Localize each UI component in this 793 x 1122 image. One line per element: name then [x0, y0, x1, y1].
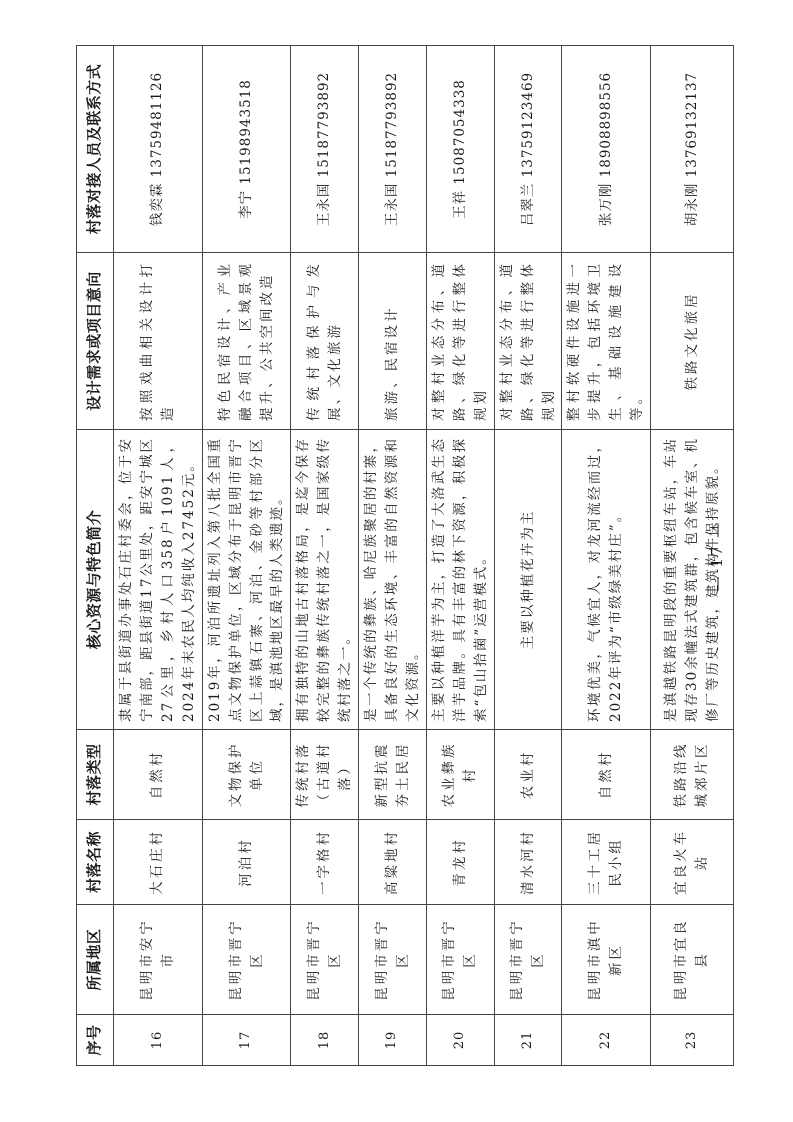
cell-village-name: 宜良火车站: [651, 820, 734, 905]
cell-village-name: 河泊村: [202, 820, 291, 905]
cell-serial: 18: [291, 1015, 359, 1066]
cell-serial: 16: [114, 1015, 203, 1066]
cell-serial: 23: [651, 1015, 734, 1066]
cell-contact: 胡永刚 13769132137: [651, 46, 734, 253]
cell-contact: 李宁 15198943518: [202, 46, 291, 253]
cell-contact: 王祥 15087054338: [426, 46, 494, 253]
cell-design-needs: 旅游、民宿设计: [359, 253, 427, 430]
cell-village-type: 农业村: [494, 730, 562, 820]
cell-serial: 22: [562, 1015, 651, 1066]
cell-core-resources: 主要以种植花卉为主: [494, 430, 562, 730]
cell-design-needs: 传统村落保护与发展、文化旅游: [291, 253, 359, 430]
cell-contact: 张万刚 18908898556: [562, 46, 651, 253]
cell-contact: 吕翠兰 13759123469: [494, 46, 562, 253]
cell-village-type: 传统村落（古道村落）: [291, 730, 359, 820]
cell-region: 昆明市宜良县: [651, 905, 734, 1015]
header-serial: 序号: [77, 1015, 114, 1066]
cell-region: 昆明市晋宁区: [426, 905, 494, 1015]
cell-contact: 王永国 15187793892: [359, 46, 427, 253]
cell-region: 昆明市安宁市: [114, 905, 203, 1015]
cell-design-needs: 按照戏曲相关设计打造: [114, 253, 203, 430]
page-number: — 17 —: [708, 521, 726, 592]
cell-region: 昆明市晋宁区: [359, 905, 427, 1015]
cell-design-needs: 特色民宿设计、产业融合项目、区域景观提升、公共空间改造: [202, 253, 291, 430]
cell-village-name: 清水河村: [494, 820, 562, 905]
header-contact: 村落对接人员及联系方式: [77, 46, 114, 253]
header-design-needs: 设计需求或项目意向: [77, 253, 114, 430]
cell-village-type: 自然村: [114, 730, 203, 820]
cell-contact: 钱奕霖 13759481126: [114, 46, 203, 253]
table-row: 17 昆明市晋宁区 河泊村 文物保护单位 2019年，河泊所遗址列入第八批全国重…: [202, 46, 291, 1066]
header-region: 所属地区: [77, 905, 114, 1015]
cell-core-resources: 2019年，河泊所遗址列入第八批全国重点文物保护单位，区域分布于昆明市晋宁区上蒜…: [202, 430, 291, 730]
cell-village-type: 农业彝族村: [426, 730, 494, 820]
cell-village-type: 文物保护单位: [202, 730, 291, 820]
cell-core-resources: 环境优美，气候宜人，对龙河流经而过，2022年评为“市级绿美村庄”。: [562, 430, 651, 730]
cell-region: 昆明市滇中新区: [562, 905, 651, 1015]
table-header-row: 序号 所属地区 村落名称 村落类型 核心资源与特色简介 设计需求或项目意向 村落…: [77, 46, 114, 1066]
cell-design-needs: 整村软硬件设施进一步提升，包括环境卫生、基础设施建设等。: [562, 253, 651, 430]
cell-design-needs: 对整村业态分布、道路、绿化等进行整体规划: [494, 253, 562, 430]
cell-core-resources: 主要以种植洋芋为主，打造了大洛武生态洋芋品牌。具有丰富的林下资源，积极探索“包山…: [426, 430, 494, 730]
header-village-name: 村落名称: [77, 820, 114, 905]
cell-village-type: 铁路沿线城郊片区: [651, 730, 734, 820]
table-row: 22 昆明市滇中新区 三十工居民小组 自然村 环境优美，气候宜人，对龙河流经而过…: [562, 46, 651, 1066]
cell-serial: 21: [494, 1015, 562, 1066]
cell-design-needs: 铁路文化旅居: [651, 253, 734, 430]
header-core-resources: 核心资源与特色简介: [77, 430, 114, 730]
cell-village-type: 自然村: [562, 730, 651, 820]
cell-contact: 王永国 15187793892: [291, 46, 359, 253]
table-row: 18 昆明市晋宁区 一字格村 传统村落（古道村落） 拥有独特的山地古村落格局，是…: [291, 46, 359, 1066]
cell-region: 昆明市晋宁区: [291, 905, 359, 1015]
cell-village-name: 三十工居民小组: [562, 820, 651, 905]
cell-village-name: 高粱地村: [359, 820, 427, 905]
header-village-type: 村落类型: [77, 730, 114, 820]
cell-region: 昆明市晋宁区: [494, 905, 562, 1015]
cell-village-name: 一字格村: [291, 820, 359, 905]
cell-core-resources: 是一个传统的彝族、哈尼族聚居的村寨，具备良好的生态环境、丰富的自然资源和文化资源…: [359, 430, 427, 730]
village-info-table: 序号 所属地区 村落名称 村落类型 核心资源与特色简介 设计需求或项目意向 村落…: [76, 45, 734, 1066]
cell-core-resources: 拥有独特的山地古村落格局，是迄今保存较完整的彝族传统村落之一，是国家级传统村落之…: [291, 430, 359, 730]
cell-core-resources: 隶属于县街道办事处石庄村委会，位于安宁南部，距县街道17公里处，距安宁城区27公…: [114, 430, 203, 730]
cell-design-needs: 对整村业态分布、道路、绿化等进行整体规划: [426, 253, 494, 430]
cell-serial: 17: [202, 1015, 291, 1066]
rotated-table-container: 序号 所属地区 村落名称 村落类型 核心资源与特色简介 设计需求或项目意向 村落…: [76, 46, 694, 1066]
table-row: 16 昆明市安宁市 大石庄村 自然村 隶属于县街道办事处石庄村委会，位于安宁南部…: [114, 46, 203, 1066]
table-row: 21 昆明市晋宁区 清水河村 农业村 主要以种植花卉为主 对整村业态分布、道路、…: [494, 46, 562, 1066]
table-row: 20 昆明市晋宁区 青龙村 农业彝族村 主要以种植洋芋为主，打造了大洛武生态洋芋…: [426, 46, 494, 1066]
table-row: 19 昆明市晋宁区 高粱地村 新型抗震夯土民居 是一个传统的彝族、哈尼族聚居的村…: [359, 46, 427, 1066]
cell-region: 昆明市晋宁区: [202, 905, 291, 1015]
cell-serial: 20: [426, 1015, 494, 1066]
cell-serial: 19: [359, 1015, 427, 1066]
cell-village-type: 新型抗震夯土民居: [359, 730, 427, 820]
cell-village-name: 青龙村: [426, 820, 494, 905]
cell-village-name: 大石庄村: [114, 820, 203, 905]
